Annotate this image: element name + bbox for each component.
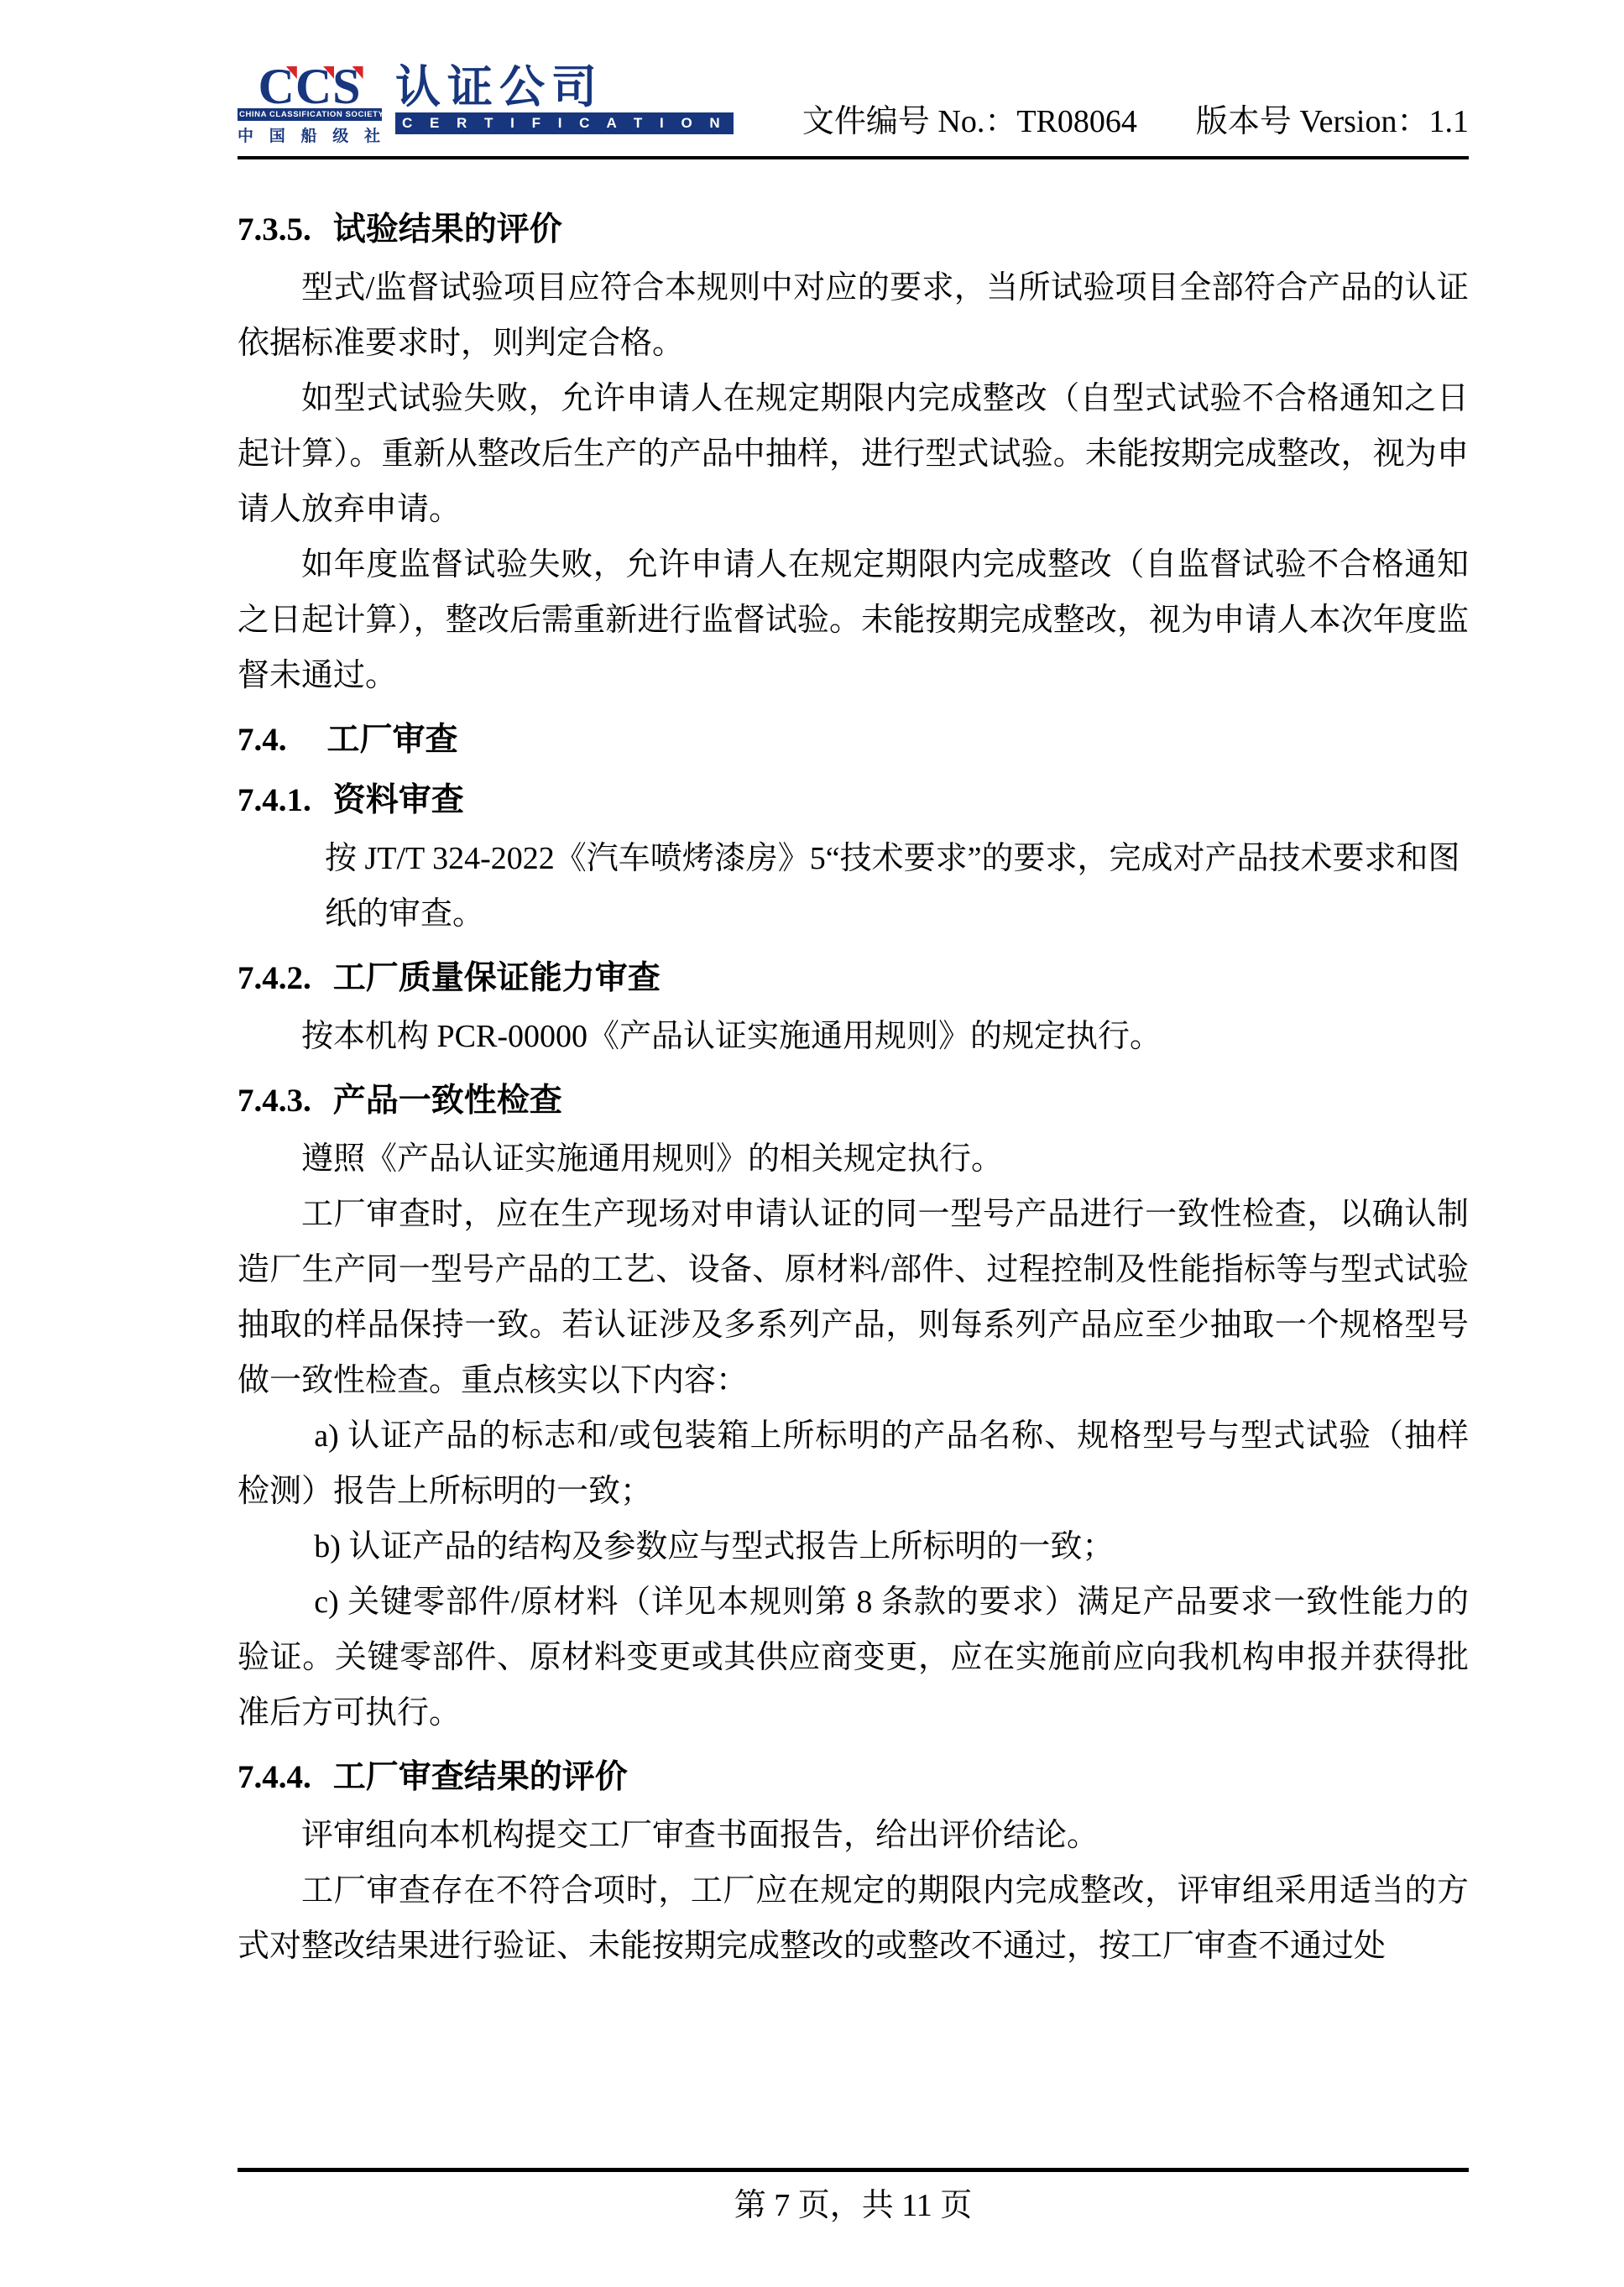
section-heading-7-4-1: 7.4.1.资料审查 (238, 777, 1469, 824)
paragraph: 工厂审查时，应在生产现场对申请认证的同一型号产品进行一致性检查，以确认制造厂生产… (238, 1187, 1469, 1408)
list-item-b: b) 认证产品的结构及参数应与型式报告上所标明的一致； (238, 1519, 1469, 1574)
certification-company-label: 认证公司 (395, 65, 734, 109)
section-heading-7-4-3: 7.4.3.产品一致性检查 (238, 1078, 1469, 1125)
page-header: CCS CHINA CLASSIFICATION SOCIETY 中 国 船 级… (238, 0, 1469, 159)
section-heading-7-4: 7.4.工厂审查 (238, 717, 1469, 764)
paragraph: 评审组向本机构提交工厂审查书面报告，给出评价结论。 (238, 1808, 1469, 1863)
section-heading-7-3-5: 7.3.5.试验结果的评价 (238, 206, 1469, 253)
paragraph: 按本机构 PCR-00000《产品认证实施通用规则》的规定执行。 (238, 1009, 1469, 1064)
certification-banner: C E R T I F I C A T I O N (395, 112, 734, 134)
document-page: CCS CHINA CLASSIFICATION SOCIETY 中 国 船 级… (0, 0, 1624, 2287)
list-item-c: c) 关键零部件/原材料（详见本规则第 8 条款的要求）满足产品要求一致性能力的… (238, 1574, 1469, 1741)
ccs-letters: CCS (238, 65, 382, 107)
paragraph: 工厂审查存在不符合项时，工厂应在规定的期限内完成整改，评审组采用适当的方式对整改… (238, 1863, 1469, 1974)
ccs-logo-right: 认证公司 C E R T I F I C A T I O N (395, 65, 734, 134)
paragraph: 型式/监督试验项目应符合本规则中对应的要求，当所试验项目全部符合产品的认证依据标… (238, 260, 1469, 371)
document-body: 7.3.5.试验结果的评价 型式/监督试验项目应符合本规则中对应的要求，当所试验… (238, 206, 1469, 1974)
list-item-a: a) 认证产品的标志和/或包装箱上所标明的产品名称、规格型号与型式试验（抽样检测… (238, 1408, 1469, 1519)
page-footer: 第 7 页，共 11 页 (238, 2168, 1469, 2225)
section-heading-7-4-2: 7.4.2.工厂质量保证能力审查 (238, 955, 1469, 1002)
document-meta: 文件编号 No.：TR08064 版本号 Version：1.1 (802, 102, 1469, 141)
paragraph: 按 JT/T 324-2022《汽车喷烤漆房》5“技术要求”的要求，完成对产品技… (325, 831, 1469, 942)
paragraph: 如年度监督试验失败，允许申请人在规定期限内完成整改（自监督试验不合格通知之日起计… (238, 537, 1469, 703)
section-heading-7-4-4: 7.4.4.工厂审查结果的评价 (238, 1754, 1469, 1801)
version-number: 版本号 Version：1.1 (1196, 102, 1469, 141)
page-number: 第 7 页，共 11 页 (734, 2188, 973, 2223)
ccs-logo-left: CCS CHINA CLASSIFICATION SOCIETY 中 国 船 级… (238, 65, 382, 146)
doc-number: 文件编号 No.：TR08064 (802, 102, 1137, 141)
paragraph: 遵照《产品认证实施通用规则》的相关规定执行。 (238, 1131, 1469, 1187)
ccs-logo: CCS CHINA CLASSIFICATION SOCIETY 中 国 船 级… (238, 65, 734, 146)
ccs-chinese-name: 中 国 船 级 社 (238, 123, 382, 146)
paragraph: 如型式试验失败，允许申请人在规定期限内完成整改（自型式试验不合格通知之日起计算）… (238, 371, 1469, 537)
